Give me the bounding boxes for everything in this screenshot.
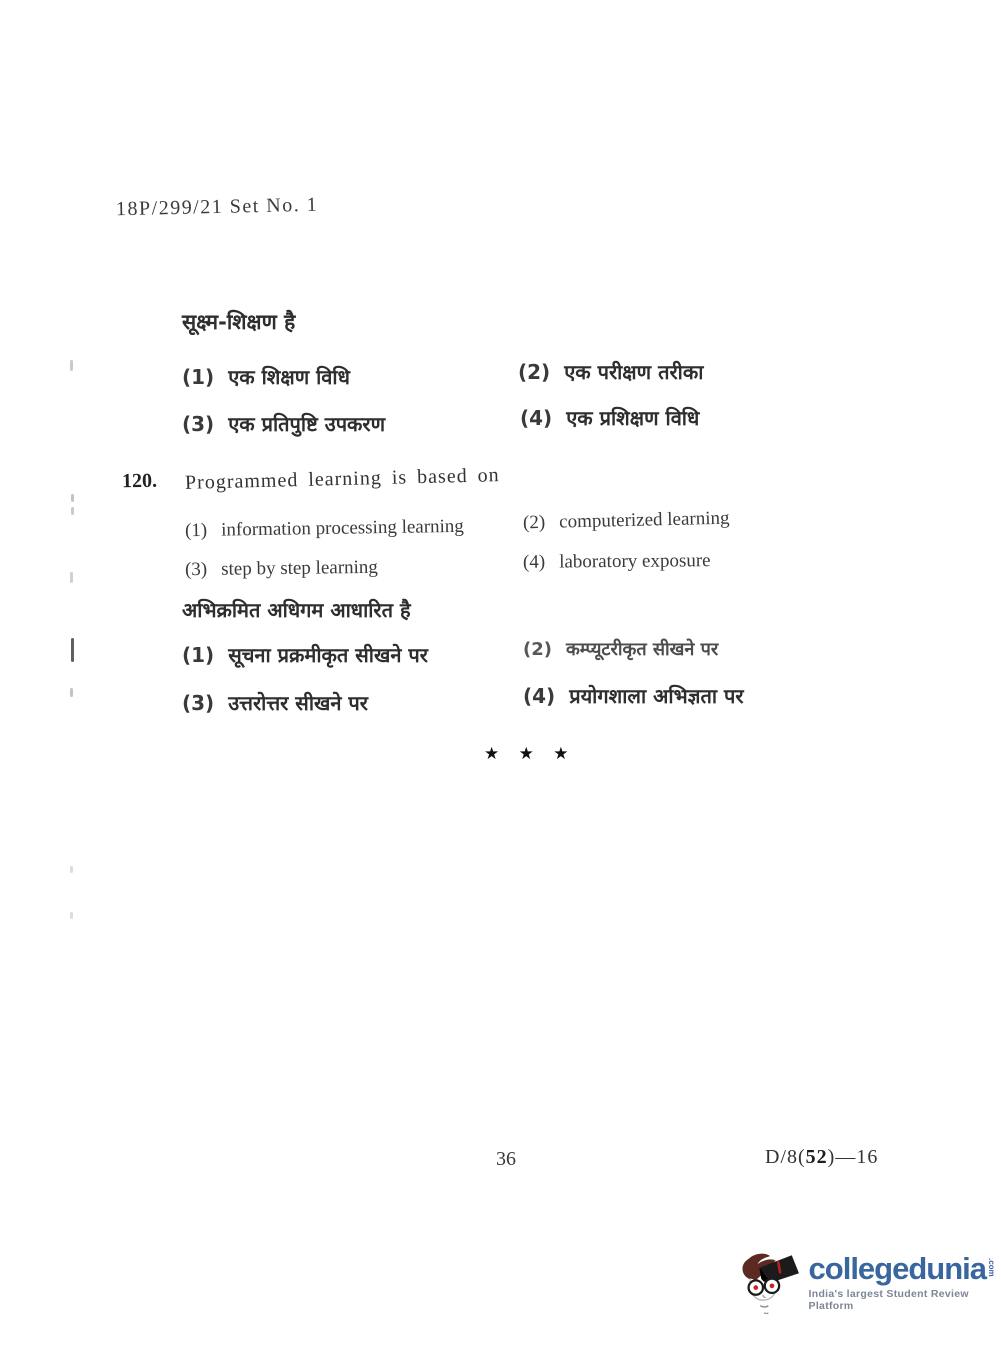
option-label: (1) xyxy=(182,365,214,389)
collegedunia-domain-suffix: .com xyxy=(987,1258,995,1277)
scan-mark xyxy=(71,638,74,662)
q120-option-1-hi: (1)सूचना प्रक्रमीकृत सीखने पर xyxy=(182,641,428,668)
q120-option-4-en: (4)laboratory exposure xyxy=(523,550,711,574)
option-label: (4) xyxy=(523,684,555,708)
option-text: एक प्रतिपुष्टि उपकरण xyxy=(228,412,385,436)
q120-option-4-hi: (4)प्रयोगशाला अभिज्ञता पर xyxy=(523,682,744,709)
scan-mark xyxy=(70,866,73,873)
question-120-number: 120. xyxy=(122,470,157,494)
scan-mark xyxy=(70,572,73,583)
option-label: (4) xyxy=(520,406,552,430)
option-label: (3) xyxy=(182,691,214,715)
footer-booklet-code: D/8(52)—16 xyxy=(765,1146,878,1169)
option-label: (2) xyxy=(518,360,550,384)
collegedunia-brand-text: collegedunia xyxy=(809,1254,986,1284)
q120-option-1-en: (1)information processing learning xyxy=(185,516,464,542)
q119-option-1: (1)एक शिक्षण विधि xyxy=(182,363,350,390)
footer-code-prefix: D/8( xyxy=(765,1146,806,1168)
option-label: (3) xyxy=(185,559,207,581)
q120-option-3-hi: (3)उत्तरोत्तर सीखने पर xyxy=(182,689,368,716)
option-text: एक परीक्षण तरीका xyxy=(564,360,703,384)
question-120-stem-english: Programmed learning is based on xyxy=(185,464,500,495)
exam-paper-page: 18P/299/21 Set No. 1 सूक्ष्म-शिक्षण है (… xyxy=(0,0,1001,1356)
q119-option-4: (4)एक प्रशिक्षण विधि xyxy=(520,404,699,431)
option-label: (2) xyxy=(523,639,552,660)
option-text: उत्तरोत्तर सीखने पर xyxy=(228,691,368,715)
q119-option-2: (2)एक परीक्षण तरीका xyxy=(518,358,703,385)
footer-code-suffix: )—16 xyxy=(828,1146,879,1168)
option-label: (1) xyxy=(182,643,214,667)
option-label: (4) xyxy=(523,552,545,574)
scan-mark xyxy=(70,688,73,697)
q120-option-2-en: (2)computerized learning xyxy=(523,508,730,535)
collegedunia-mascot-icon xyxy=(736,1244,803,1324)
option-text: step by step learning xyxy=(221,557,378,580)
option-label: (2) xyxy=(523,512,546,534)
q120-option-2-hi: (2)कम्प्यूटरीकृत सीखने पर xyxy=(523,637,718,661)
question-120-stem-hindi: अभिक्रमित अधिगम आधारित है xyxy=(182,596,411,623)
question-119-stem-hindi: सूक्ष्म-शिक्षण है xyxy=(182,308,295,336)
option-label: (1) xyxy=(185,520,207,542)
footer-code-bold: 52 xyxy=(806,1146,828,1168)
option-text: एक प्रशिक्षण विधि xyxy=(566,406,699,430)
scan-mark xyxy=(70,912,73,919)
scan-mark xyxy=(71,507,74,515)
option-text: एक शिक्षण विधि xyxy=(228,365,350,389)
end-of-paper-stars: ★ ★ ★ xyxy=(484,744,576,764)
collegedunia-watermark[interactable]: collegedunia .com India's largest Studen… xyxy=(736,1244,996,1324)
option-text: information processing learning xyxy=(221,516,464,541)
page-number: 36 xyxy=(496,1148,516,1171)
option-text: प्रयोगशाला अभिज्ञता पर xyxy=(569,684,743,708)
scan-mark xyxy=(71,494,74,502)
collegedunia-tagline: India's largest Student Review Platform xyxy=(809,1288,996,1312)
scan-mark xyxy=(70,360,73,371)
option-text: laboratory exposure xyxy=(559,550,711,572)
q120-option-3-en: (3)step by step learning xyxy=(185,557,378,581)
option-text: computerized learning xyxy=(559,508,730,533)
option-text: कम्प्यूटरीकृत सीखने पर xyxy=(566,639,718,660)
paper-set-code: 18P/299/21 Set No. 1 xyxy=(116,194,319,222)
option-label: (3) xyxy=(182,412,214,436)
option-text: सूचना प्रक्रमीकृत सीखने पर xyxy=(228,643,428,667)
q119-option-3: (3)एक प्रतिपुष्टि उपकरण xyxy=(182,410,385,437)
